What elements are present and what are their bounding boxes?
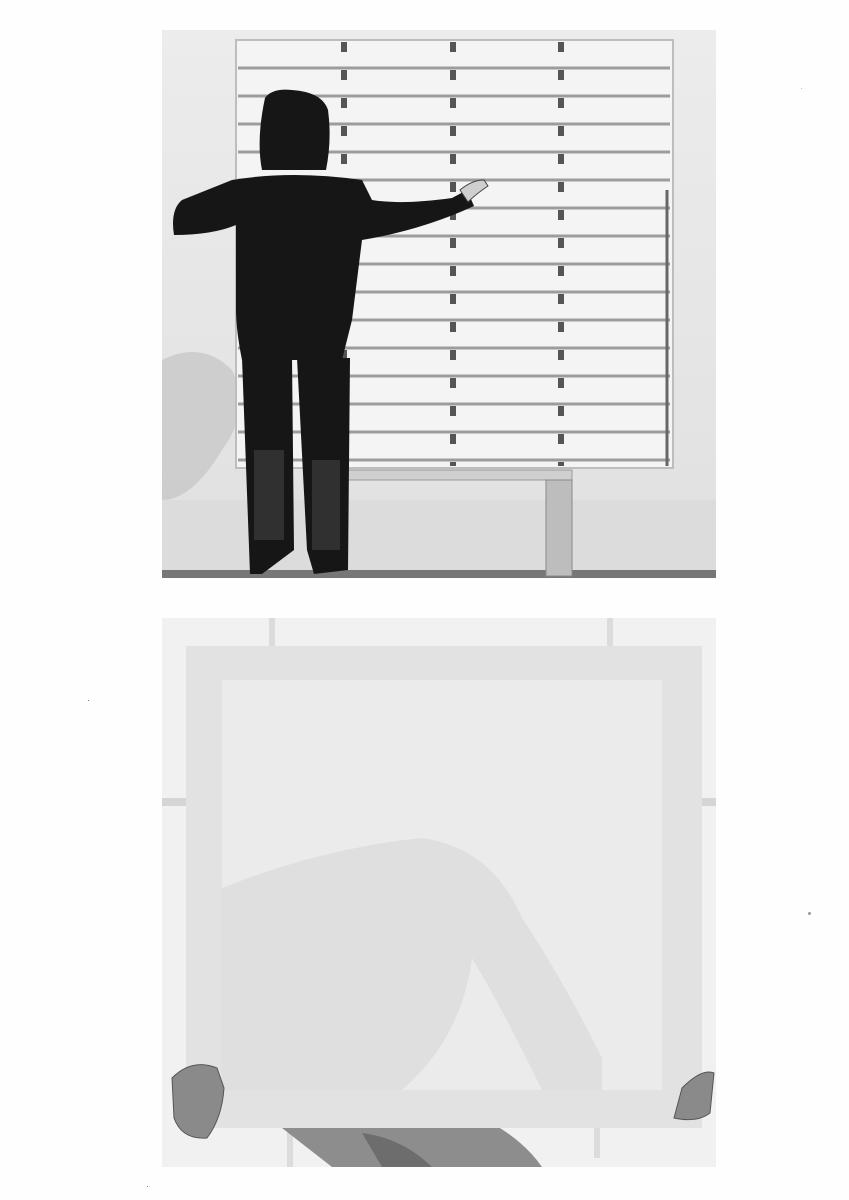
speck [147,1186,148,1187]
document-page [0,0,849,1200]
speck [801,88,802,89]
photo-1-illustration [162,30,716,578]
photo-person-holding-panel [162,618,716,1167]
photo-person-pointing-at-grille [162,30,716,578]
speck [808,912,811,915]
photo-2-illustration [162,618,716,1167]
speck [88,700,89,701]
